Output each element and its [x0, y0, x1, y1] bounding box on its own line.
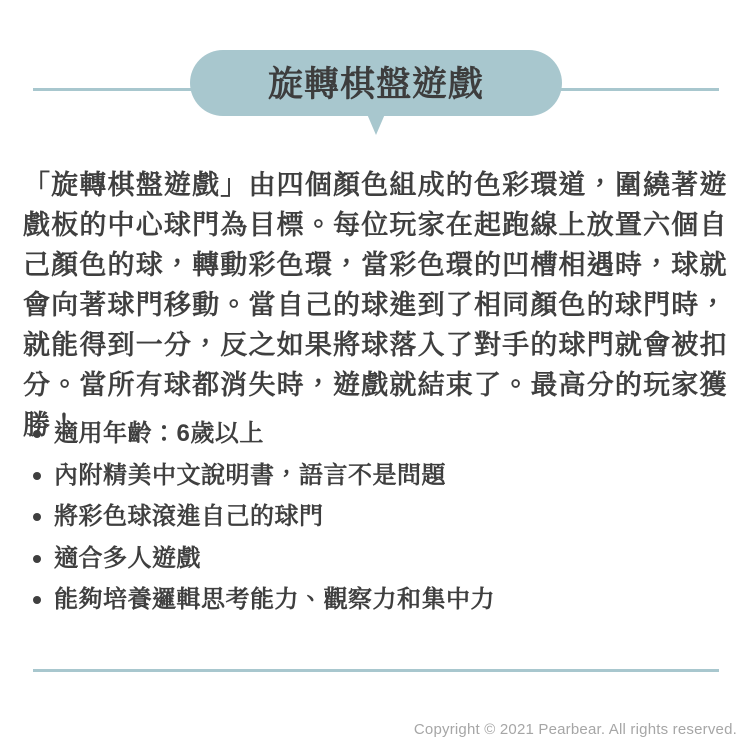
page-title: 旋轉棋盤遊戲: [268, 65, 484, 102]
feature-text: 能夠培養邏輯思考能力、觀察力和集中力: [54, 586, 495, 613]
feature-text: 適用年齡：6歲以上: [54, 420, 264, 447]
feature-item: 適合多人遊戲: [24, 538, 726, 580]
bottom-divider: [33, 669, 719, 672]
bullet-icon: [33, 596, 41, 604]
feature-item: 內附精美中文說明書，語言不是問題: [24, 455, 726, 497]
feature-item: 能夠培養邏輯思考能力、觀察力和集中力: [24, 579, 726, 621]
feature-list: 適用年齡：6歲以上 內附精美中文說明書，語言不是問題 將彩色球滾進自己的球門 適…: [24, 413, 726, 621]
bullet-icon: [33, 472, 41, 480]
feature-item: 將彩色球滾進自己的球門: [24, 496, 726, 538]
title-badge-pointer-icon: [367, 114, 385, 135]
feature-text: 內附精美中文說明書，語言不是問題: [54, 462, 446, 489]
bullet-icon: [33, 430, 41, 438]
feature-text: 適合多人遊戲: [54, 545, 201, 572]
feature-text: 將彩色球滾進自己的球門: [54, 503, 324, 530]
bullet-icon: [33, 555, 41, 563]
feature-item: 適用年齡：6歲以上: [24, 413, 726, 455]
copyright-text: Copyright © 2021 Pearbear. All rights re…: [414, 721, 737, 738]
bullet-icon: [33, 513, 41, 521]
description-paragraph: 「旋轉棋盤遊戲」由四個顏色組成的色彩環道，圍繞著遊戲板的中心球門為目標。每位玩家…: [0, 165, 750, 445]
product-description-page: 旋轉棋盤遊戲 「旋轉棋盤遊戲」由四個顏色組成的色彩環道，圍繞著遊戲板的中心球門為…: [0, 0, 750, 750]
title-badge: 旋轉棋盤遊戲: [190, 50, 562, 116]
